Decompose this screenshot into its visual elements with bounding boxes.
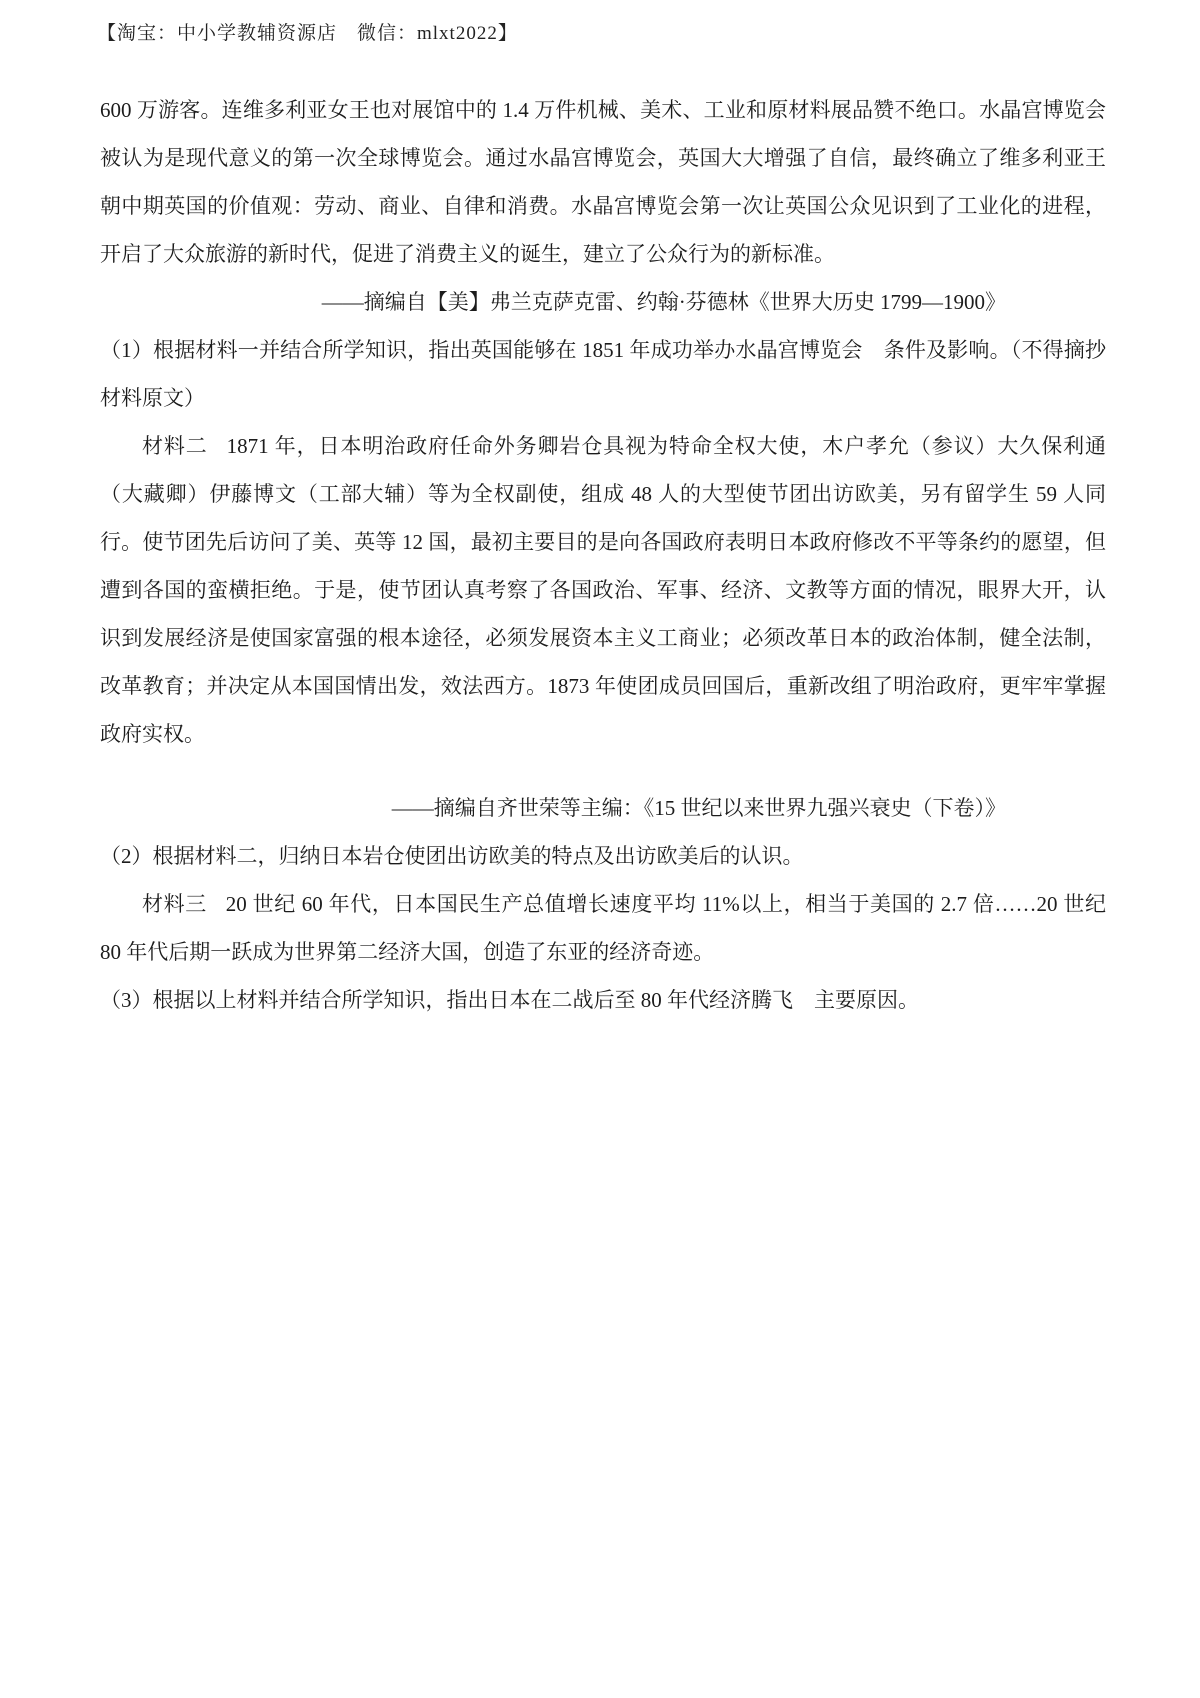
material1-source-attribution: ——摘编自【美】弗兰克萨克雷、约翰·芬德林《世界大历史 1799—1900》 (100, 278, 1106, 326)
question-2: （2）根据材料二，归纳日本岩仓使团出访欧美的特点及出访欧美后的认识。 (100, 832, 1106, 880)
question-3: （3）根据以上材料并结合所学知识，指出日本在二战后至 80 年代经济腾飞 主要原… (100, 976, 1106, 1024)
material2-text: 1871 年，日本明治政府任命外务卿岩仓具视为特命全权大使，木户孝允（参议）大久… (100, 434, 1106, 746)
material3-paragraph: 材料三20 世纪 60 年代，日本国民生产总值增长速度平均 11%以上，相当于美… (100, 880, 1106, 976)
question-1: （1）根据材料一并结合所学知识，指出英国能够在 1851 年成功举办水晶宫博览会… (100, 326, 1106, 422)
material3-label: 材料三 (142, 892, 207, 916)
document-page: 【淘宝：中小学教辅资源店 微信：mlxt2022】 600 万游客。连维多利亚女… (0, 0, 1200, 1698)
material2-label: 材料二 (142, 434, 208, 458)
document-content: 600 万游客。连维多利亚女王也对展馆中的 1.4 万件机械、美术、工业和原材料… (100, 86, 1106, 1024)
material2-paragraph: 材料二1871 年，日本明治政府任命外务卿岩仓具视为特命全权大使，木户孝允（参议… (100, 422, 1106, 758)
material1-continuation-paragraph: 600 万游客。连维多利亚女王也对展馆中的 1.4 万件机械、美术、工业和原材料… (100, 86, 1106, 278)
header-watermark: 【淘宝：中小学教辅资源店 微信：mlxt2022】 (97, 18, 518, 45)
material3-text: 20 世纪 60 年代，日本国民生产总值增长速度平均 11%以上，相当于美国的 … (100, 892, 1106, 964)
material2-source-attribution: ——摘编自齐世荣等主编：《15 世纪以来世界九强兴衰史（下卷）》 (100, 784, 1106, 832)
